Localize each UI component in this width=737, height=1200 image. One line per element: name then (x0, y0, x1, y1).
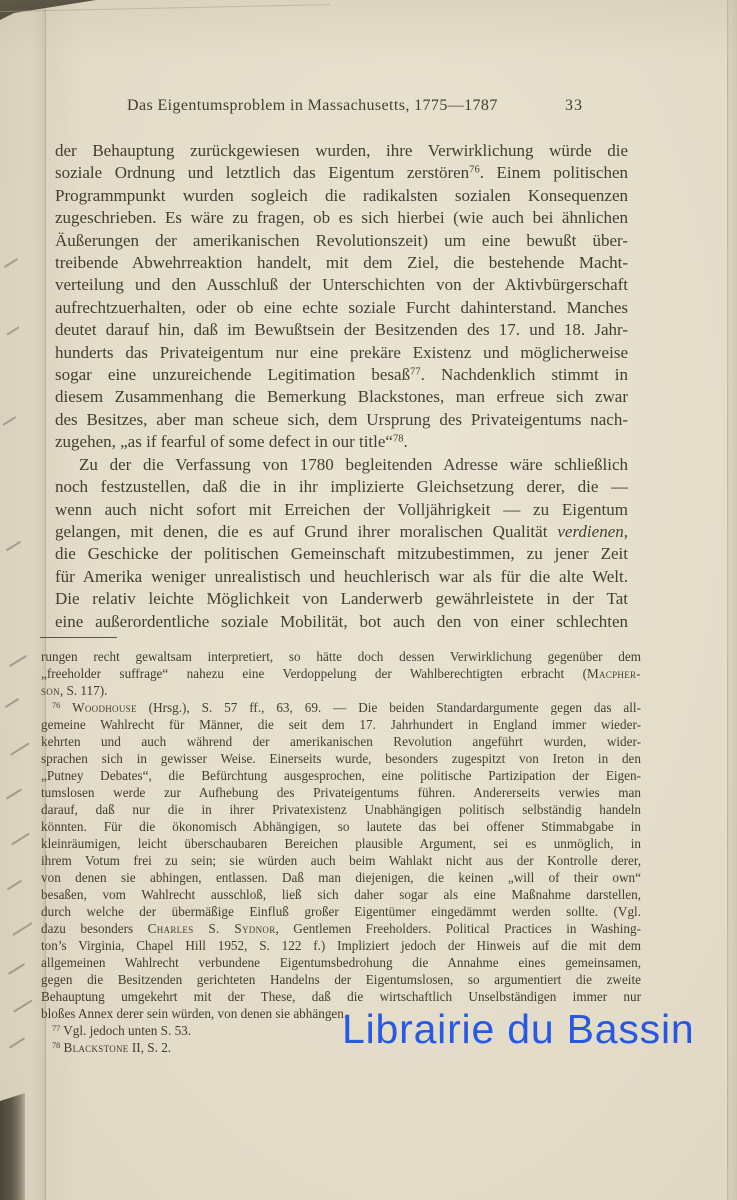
text-line: gemeine Wahlrecht für Männer, die seit d… (41, 716, 641, 733)
text-line: wenn auch nicht sofort mit Erreichen der… (55, 499, 628, 521)
text-line: von denen sie abhingen, entlassen. Daß m… (41, 869, 641, 886)
footnotes: rungen recht gewaltsam interpretiert, so… (41, 648, 641, 1056)
text-line: soziale Ordnung und letztlich das Eigent… (55, 162, 628, 184)
text-line: Die relativ leichte Möglichkeit von Land… (55, 588, 628, 610)
text-line: durch welche der übermäßige Einfluß groß… (41, 903, 641, 920)
text-line: gegen die Besitzenden gerichteten Handel… (41, 971, 641, 988)
text-line: kleinräumigen, leicht überschaubaren Ber… (41, 835, 641, 852)
text-line: Programmpunkt wurden sogleich die radika… (55, 185, 628, 207)
footnote-separator (40, 637, 117, 638)
watermark-text: Librairie du Bassin (342, 1007, 695, 1052)
text-line: sogar eine unzureichende Legitimation be… (55, 364, 628, 386)
text-line: kehrten und auch während der amerikanisc… (41, 733, 641, 750)
text-line: für Amerika weniger unrealistisch und he… (55, 566, 628, 588)
bottom-left-dark-edge (0, 1093, 25, 1200)
text-line: zugeschrieben. Es wäre zu fragen, ob es … (55, 207, 628, 229)
text-line: noch festzustellen, daß die in ihr impli… (55, 476, 628, 498)
text-line: treibende Abwehrreaktion handelt, mit de… (55, 252, 628, 274)
text-line: allgemeinen Wahlrecht verbundene Eigentu… (41, 954, 641, 971)
text-line: ton’s Virginia, Chapel Hill 1952, S. 122… (41, 937, 641, 954)
text-line: Äußerungen der amerikanischen Revolution… (55, 230, 628, 252)
text-line: eine außerordentliche soziale Mobilität,… (55, 611, 628, 633)
body-text: der Behauptung zurückgewiesen wurden, ih… (55, 140, 628, 633)
text-line: der Behauptung zurückgewiesen wurden, ih… (55, 140, 628, 162)
right-page-edge (727, 0, 737, 1200)
text-line: son, S. 117). (41, 682, 641, 699)
running-header-title: Das Eigentumsproblem in Massachusetts, 1… (127, 97, 498, 115)
text-line: gelangen, mit denen, die es auf Grund ih… (55, 521, 628, 543)
text-line: aufrechtzuerhalten, oder ob eine echte s… (55, 297, 628, 319)
left-page-edge-strip (0, 0, 46, 1200)
text-line: 76 Woodhouse (Hrsg.), S. 57 ff., 63, 69.… (41, 699, 641, 716)
text-line: sprachen sich in gewisser Weise. Einerse… (41, 750, 641, 767)
book-page-photo: Das Eigentumsproblem in Massachusetts, 1… (0, 0, 737, 1200)
text-line: dazu besonders Charles S. Sydnor, Gentle… (41, 920, 641, 937)
text-line: ihrem Votum frei zu sein; sie würden auc… (41, 852, 641, 869)
text-line: diesem Zusammenhang die Bemerkung Blacks… (55, 386, 628, 408)
text-line: zugehen, „as if fearful of some defect i… (55, 431, 628, 453)
text-line: die Geschicke der politischen Gemeinscha… (55, 543, 628, 565)
text-line: besaßen, vom Wahlrecht ausschloß, ließ s… (41, 886, 641, 903)
text-line: Zu der die Verfassung von 1780 begleiten… (55, 454, 628, 476)
text-line: hunderts das Privateigentum nur eine pre… (55, 342, 628, 364)
page-number: 33 (565, 97, 583, 115)
text-line: deutet darauf hin, daß im Bewußtsein der… (55, 319, 628, 341)
paragraph: der Behauptung zurückgewiesen wurden, ih… (55, 140, 628, 454)
text-line: könnten. Für die ökonomisch Abhängigen, … (41, 818, 641, 835)
text-line: verteilung und den Ausschluß der Untersc… (55, 274, 628, 296)
text-line: darauf, daß nur die in ihrer Privatexist… (41, 801, 641, 818)
paragraph: Zu der die Verfassung von 1780 begleiten… (55, 454, 628, 633)
text-line: des Besitzes, aber man scheue sich, dem … (55, 409, 628, 431)
text-line: rungen recht gewaltsam interpretiert, so… (41, 648, 641, 665)
text-line: Behauptung umgekehrt mit der These, daß … (41, 988, 641, 1005)
text-line: tumslosen werde zur Aufhebung des Privat… (41, 784, 641, 801)
text-line: „freeholder suffrage“ nahezu eine Verdop… (41, 665, 641, 682)
text-line: „Putney Debates“, die Befürchtung ausges… (41, 767, 641, 784)
